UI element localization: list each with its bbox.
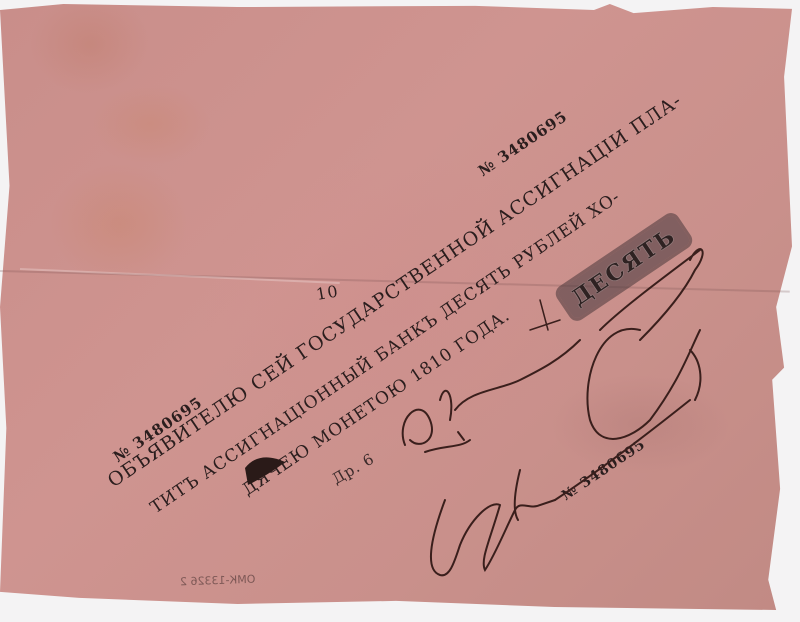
ink-blot [245, 457, 285, 485]
signature-upper [403, 249, 703, 452]
signatures [0, 0, 800, 622]
signature-lower [431, 329, 701, 575]
